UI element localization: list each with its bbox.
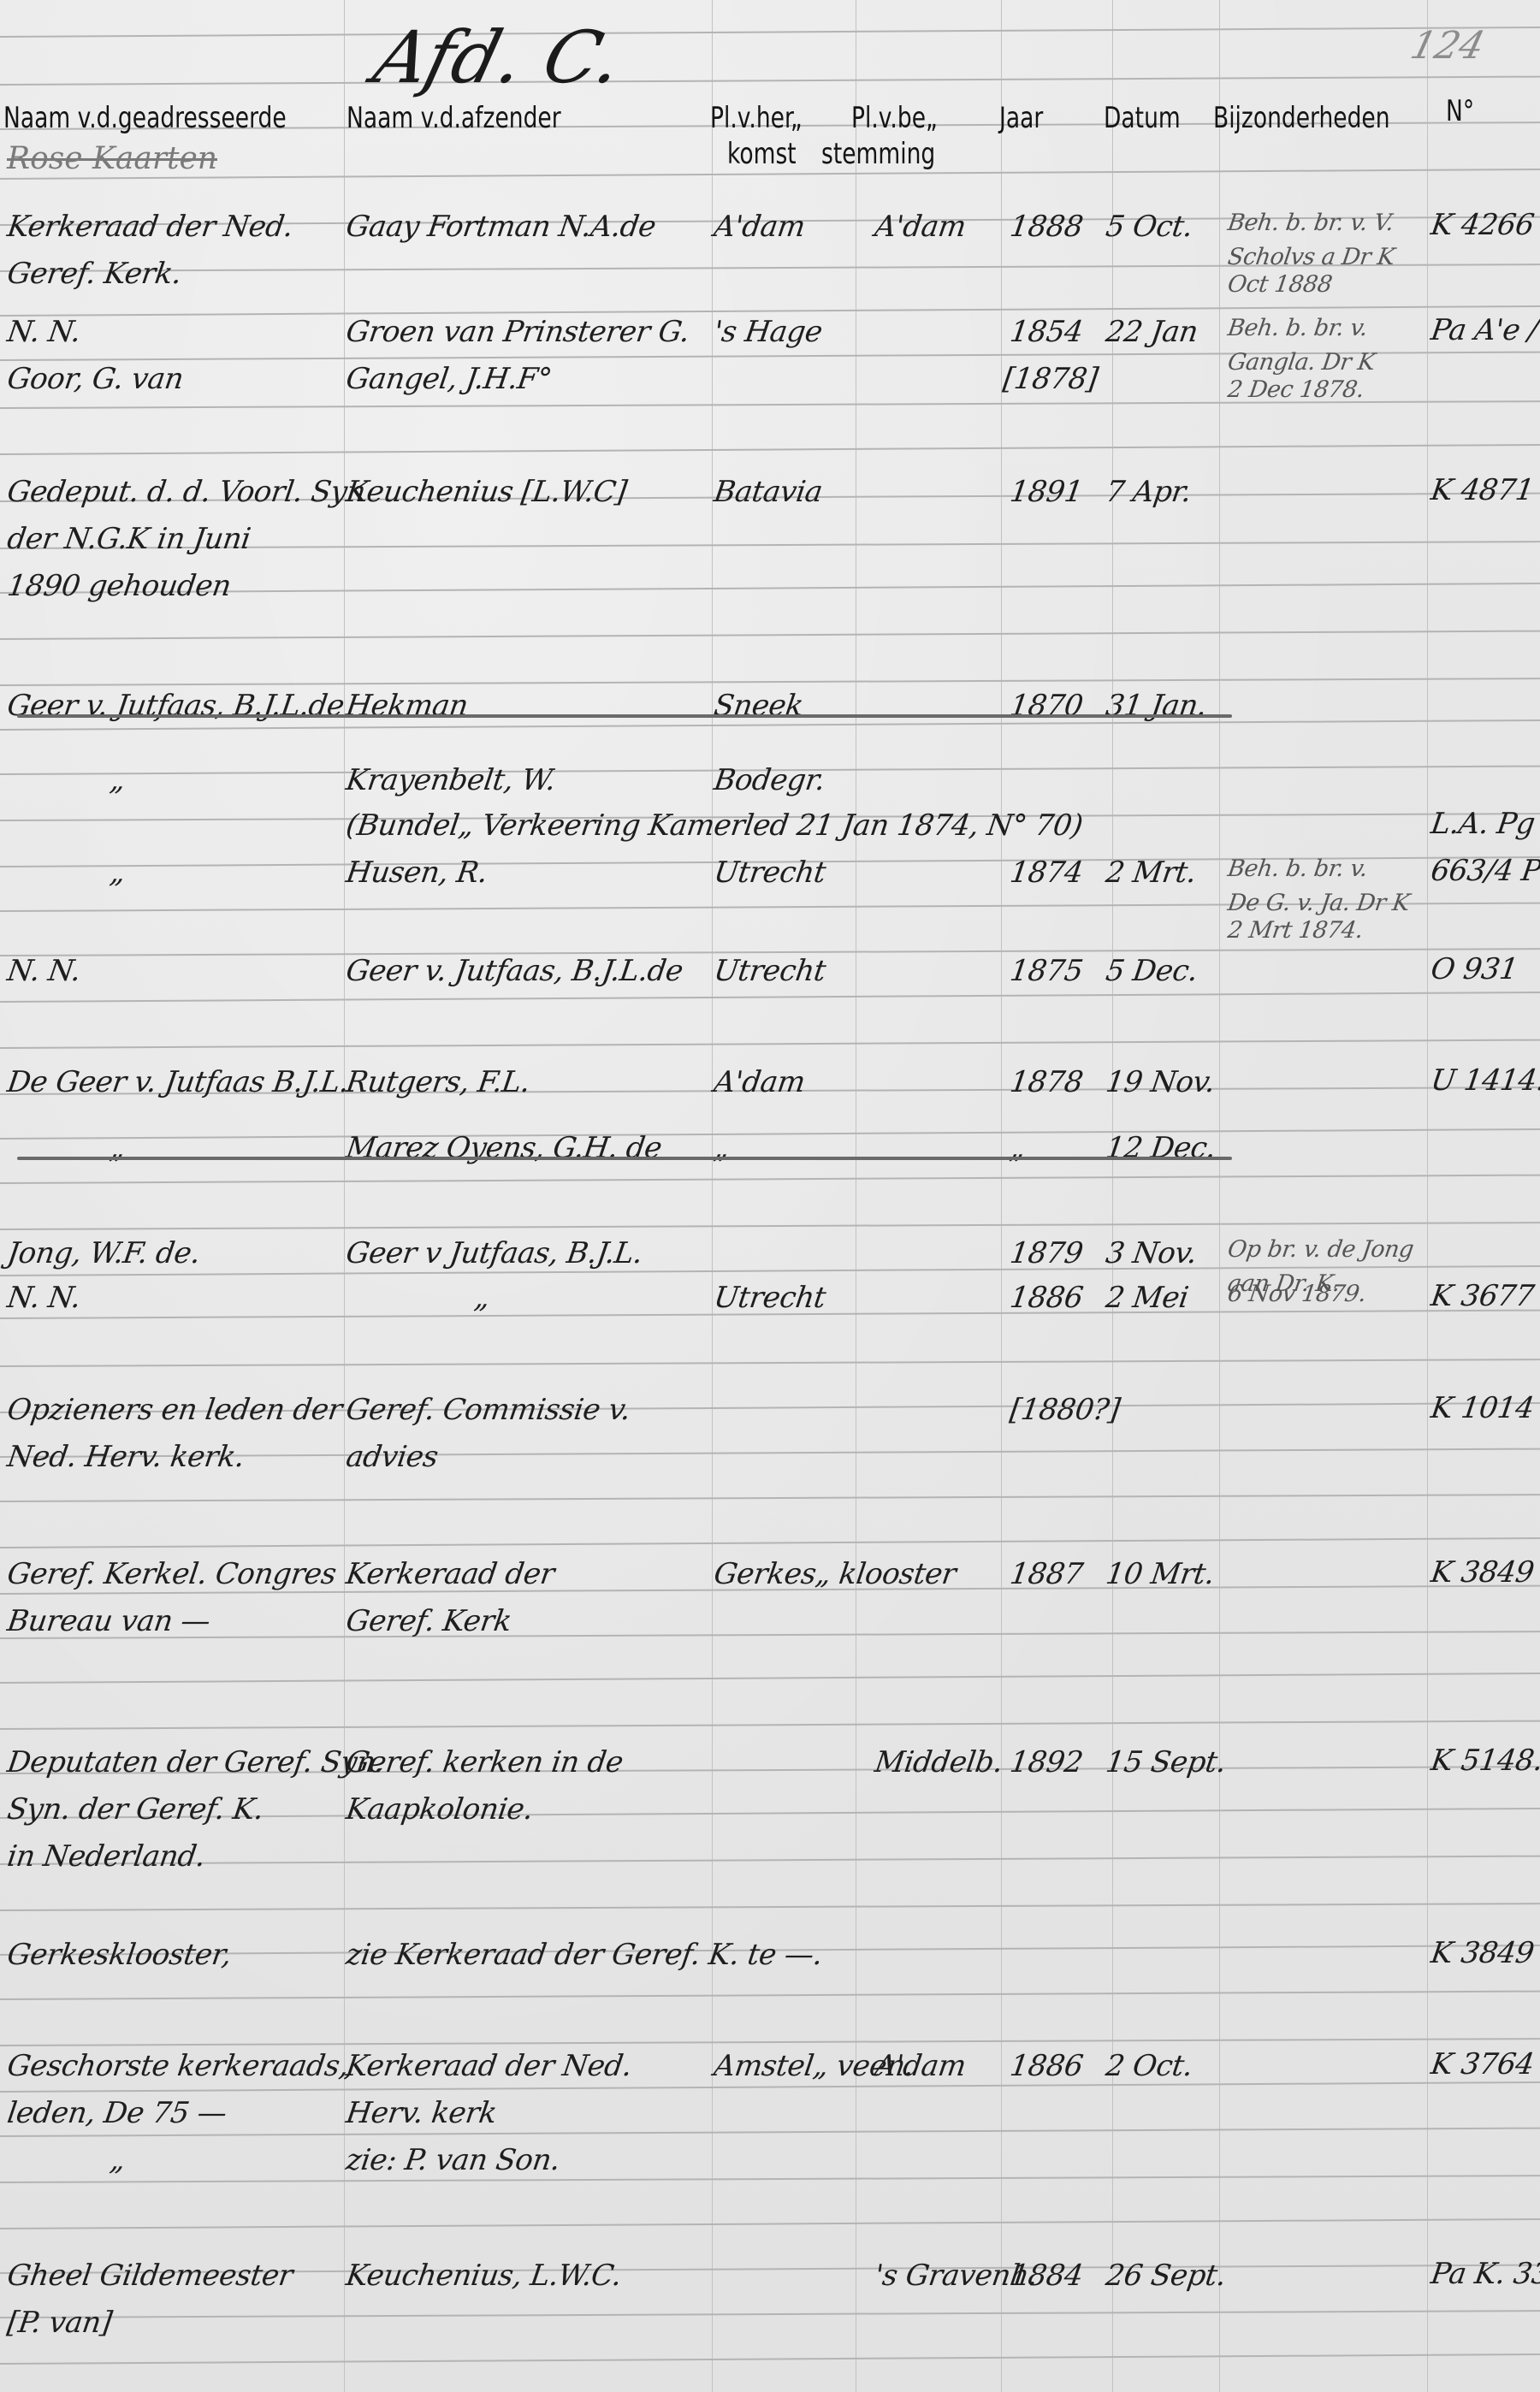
cell-geadresseerde: Geref. Kerk.: [5, 257, 184, 291]
cell-herkomst: „: [712, 1131, 731, 1165]
cell-nummer: K 3849: [1429, 1936, 1536, 1970]
cell-geadresseerde: Ned. Herv. kerk.: [5, 1440, 246, 1474]
cell-bijzonderheden: De G. v. Ja. Dr K: [1226, 890, 1411, 916]
ruled-line: [0, 1359, 1540, 1367]
ruled-line: [0, 1856, 1540, 1865]
cell-bijzonderheden: 2 Mrt 1874.: [1226, 917, 1365, 944]
cell-herkomst: Batavia: [712, 475, 825, 509]
cell-datum: 31 Jan.: [1104, 689, 1209, 723]
cell-geadresseerde: „: [108, 1131, 127, 1165]
column-header-jaar: Jaar: [999, 101, 1043, 135]
ruled-line: [0, 2354, 1540, 2365]
cell-herkomst: A'dam: [712, 1065, 807, 1099]
strike-through-line: [17, 1157, 1232, 1160]
cell-herkomst: Gerkes„ klooster: [712, 1557, 958, 1591]
cell-nummer: K 4871: [1429, 473, 1536, 507]
cell-geadresseerde: Gheel Gildemeester: [5, 2259, 294, 2293]
ruled-line: [0, 2310, 1540, 2318]
cell-afzender: Herv. kerk: [344, 2096, 499, 2130]
ruled-line: [0, 1039, 1540, 1049]
column-rule: [712, 0, 713, 2392]
cell-geadresseerde: „: [108, 856, 127, 890]
column-rule: [1001, 0, 1002, 2392]
cell-bestemming: Middelb.: [873, 1745, 1004, 1779]
cell-bijzonderheden: Gangla. Dr K: [1226, 349, 1377, 376]
cell-jaar: 1887: [1008, 1557, 1085, 1591]
cell-afzender: zie Kerkeraad der Geref. K. te —.: [344, 1938, 825, 1972]
cell-nummer: K 3764: [1429, 2047, 1536, 2081]
cell-bijzonderheden: Oct 1888: [1226, 271, 1334, 298]
cell-datum: 19 Nov.: [1104, 1065, 1217, 1099]
ruled-line: [0, 1175, 1540, 1184]
cell-datum: 5 Oct.: [1104, 210, 1194, 244]
cell-bestemming: A'dam: [873, 210, 968, 244]
ruled-line: [0, 678, 1540, 686]
cell-nummer: 663/4 P: [1429, 854, 1540, 888]
cell-jaar-extra: [1878]: [1001, 362, 1100, 396]
cell-geadresseerde: leden, De 75 —: [5, 2096, 228, 2130]
cell-afzender: Keuchenius [L.W.C]: [344, 475, 629, 509]
cell-nummer: K 3677: [1429, 1279, 1536, 1313]
ruled-line: [0, 1494, 1540, 1502]
cell-afzender: Groen van Prinsterer G.: [344, 315, 691, 349]
ruled-line: [0, 2175, 1540, 2183]
cell-afzender: Geer v. Jutfaas, B.J.L.de: [344, 954, 685, 988]
page-title: Afd. C.: [366, 15, 631, 99]
cell-datum: 2 Oct.: [1104, 2049, 1194, 2083]
cell-geadresseerde: Deputaten der Geref. Syn.: [5, 1745, 386, 1779]
cell-geadresseerde: De Geer v. Jutfaas B.J.L.: [5, 1065, 351, 1099]
column-header-bestemming: Pl.v.be„: [851, 101, 938, 135]
cell-jaar: 1875: [1008, 954, 1085, 988]
cell-afzender: Geer v Jutfaas, B.J.L.: [344, 1236, 644, 1270]
page-number: 124: [1407, 24, 1490, 68]
ruled-line: [0, 992, 1540, 1003]
cell-geadresseerde: „: [108, 2143, 127, 2177]
cell-datum: 15 Sept.: [1104, 1745, 1228, 1779]
cell-geadresseerde: N. N.: [5, 1281, 83, 1315]
cell-geadresseerde: Geref. Kerkel. Congres: [5, 1557, 338, 1591]
column-header-geadresseerde: Naam v.d.geadresseerde: [3, 101, 287, 135]
column-subheader-bestemming: stemming: [821, 137, 935, 171]
column-header-afzender: Naam v.d.afzender: [346, 101, 561, 135]
cell-herkomst: 's Hage: [712, 315, 825, 349]
cell-datum: 10 Mrt.: [1104, 1557, 1217, 1591]
ruled-line: [0, 1222, 1540, 1230]
ruled-line: [0, 1537, 1540, 1548]
cell-jaar: 1879: [1008, 1236, 1085, 1270]
ruled-line: [0, 2218, 1540, 2229]
cell-datum: 3 Nov.: [1104, 1236, 1199, 1270]
cell-geadresseerde: Goor, G. van: [5, 362, 186, 396]
ruled-line: [0, 583, 1540, 594]
cell-herkomst: Utrecht: [712, 954, 827, 988]
crossed-out-annotation: Rose Kaarten: [7, 141, 217, 176]
cell-bijzonderheden: 2 Dec 1878.: [1226, 376, 1365, 403]
cell-bijzonderheden: 6 Nov 1879.: [1226, 1281, 1368, 1307]
cell-afzender: Kerkeraad der Ned.: [344, 2049, 634, 2083]
cell-afzender: Keuchenius, L.W.C.: [344, 2259, 624, 2293]
cell-geadresseerde: N. N.: [5, 315, 83, 349]
cell-herkomst: A'dam: [712, 210, 807, 244]
cell-bijzonderheden: Op br. v. de Jong: [1226, 1236, 1415, 1263]
cell-geadresseerde: Geer v. Jutfaas, B.J.L.de: [5, 689, 346, 723]
cell-afzender: Gaay Fortman N.A.de: [344, 210, 658, 244]
cell-bijzonderheden: Beh. b. br. v. V.: [1226, 210, 1395, 236]
strike-through-line: [17, 714, 1232, 718]
cell-geadresseerde: N. N.: [5, 954, 83, 988]
cell-afzender: Rutgers, F.L.: [344, 1065, 532, 1099]
cell-geadresseerde: in Nederland.: [5, 1839, 207, 1874]
cell-jaar: 1878: [1008, 1065, 1085, 1099]
cell-datum: 5 Dec.: [1104, 954, 1199, 988]
cell-geadresseerde: „: [108, 763, 127, 797]
column-rule: [1427, 0, 1428, 2392]
cell-jaar: „: [1008, 1131, 1028, 1165]
cell-afzender: Marez Oyens, G.H. de: [344, 1131, 664, 1165]
cell-afzender: Geref. Kerk: [344, 1604, 513, 1638]
cell-datum: 7 Apr.: [1104, 475, 1193, 509]
cell-bestemming: A'dam: [873, 2049, 968, 2083]
cell-bijzonderheden: Beh. b. br. v.: [1226, 856, 1369, 882]
ruled-line: [0, 444, 1540, 455]
column-header-nummer: N°: [1446, 94, 1474, 128]
ruled-line: [0, 1720, 1540, 1730]
cell-jaar: 1886: [1008, 1281, 1085, 1315]
cell-nummer: L.A. Pg: [1429, 807, 1537, 841]
cell-geadresseerde: Jong, W.F. de.: [5, 1236, 202, 1270]
column-rule: [1219, 0, 1220, 2392]
cell-nummer: K 1014: [1429, 1391, 1536, 1425]
cell-jaar: 1874: [1008, 856, 1085, 890]
cell-afzender: Husen, R.: [344, 856, 489, 890]
cell-nummer: K 3849: [1429, 1555, 1536, 1590]
cell-herkomst: Sneek: [712, 689, 805, 723]
ruled-line: [0, 1673, 1540, 1684]
cell-jaar: 1854: [1008, 315, 1085, 349]
cell-afzender: Kerkeraad der: [344, 1557, 556, 1591]
cell-geadresseerde: der N.G.K in Juni: [5, 522, 252, 556]
cell-geadresseerde: Syn. der Geref. K.: [5, 1792, 265, 1827]
cell-datum: 22 Jan: [1104, 315, 1199, 349]
cell-geadresseerde: Kerkeraad der Ned.: [5, 210, 295, 244]
cell-nummer: K 4266: [1429, 208, 1536, 242]
cell-afzender: Geref. Commissie v.: [344, 1393, 632, 1427]
cell-herkomst: Utrecht: [712, 856, 827, 890]
cell-nummer: K 5148.: [1429, 1744, 1540, 1778]
cell-afzender: Krayenbelt, W.: [344, 763, 558, 797]
cell-afzender: Gangel, J.H.F°: [344, 362, 554, 396]
cell-jaar: 1886: [1008, 2049, 1085, 2083]
cell-geadresseerde: [P. van]: [5, 2306, 114, 2340]
cell-datum: 2 Mei: [1104, 1281, 1190, 1315]
ruled-line: [0, 1903, 1540, 1911]
ruled-line: [0, 1631, 1540, 1639]
cell-afzender: advies: [344, 1440, 440, 1474]
cell-afzender: Geref. kerken in de: [344, 1745, 625, 1779]
cell-afzender: (Bundel„ Verkeering Kamerled 21 Jan 1874…: [344, 808, 1085, 843]
ruled-line: [0, 1991, 1540, 2000]
ruled-line: [0, 1128, 1540, 1140]
cell-datum: 2 Mrt.: [1104, 856, 1199, 890]
cell-afzender: Hekman: [344, 689, 470, 723]
cell-nummer: Pa A'e / D 1425: [1429, 313, 1540, 347]
cell-jaar: 1891: [1008, 475, 1085, 509]
cell-afzender: zie: P. van Son.: [344, 2143, 562, 2177]
cell-jaar: 1870: [1008, 689, 1085, 723]
cell-jaar: [1880?]: [1008, 1393, 1122, 1427]
ruled-line: [0, 2128, 1540, 2137]
cell-nummer: O 931: [1429, 952, 1520, 986]
cell-geadresseerde: Gerkesklooster,: [5, 1938, 234, 1972]
cell-jaar: 1888: [1008, 210, 1085, 244]
cell-bijzonderheden: Scholvs a Dr K: [1226, 244, 1396, 270]
archive-index-card: Afd. C. 124 Naam v.d.geadresseerde Naam …: [0, 0, 1540, 2392]
cell-afzender: Kaapkolonie.: [344, 1792, 535, 1827]
column-header-datum: Datum: [1104, 101, 1181, 135]
cell-jaar: 1892: [1008, 1745, 1085, 1779]
cell-herkomst: Bodegr.: [712, 763, 827, 797]
cell-bijzonderheden: Beh. b. br. v.: [1226, 315, 1369, 341]
ruled-line: [0, 631, 1540, 640]
ruled-line: [0, 76, 1540, 86]
cell-geadresseerde: Gedeput. d. d. Voorl. Syn: [5, 475, 368, 509]
cell-afzender: „: [472, 1281, 492, 1315]
cell-jaar: 1884: [1008, 2259, 1085, 2293]
column-header-bijzonderheden: Bijzonderheden: [1213, 101, 1390, 135]
cell-geadresseerde: Geschorste kerkeraads„: [5, 2049, 356, 2083]
cell-herkomst: Utrecht: [712, 1281, 827, 1315]
cell-nummer: Pa K. 3362: [1429, 2257, 1540, 2291]
cell-datum: 26 Sept.: [1104, 2259, 1228, 2293]
cell-geadresseerde: Opzieners en leden der: [5, 1393, 344, 1427]
ruled-line: [0, 27, 1540, 38]
column-rule: [856, 0, 856, 2392]
cell-nummer: U 1414.: [1429, 1063, 1540, 1098]
column-subheader-herkomst: komst: [727, 137, 797, 171]
column-rule: [1112, 0, 1113, 2392]
cell-datum: 12 Dec.: [1104, 1131, 1217, 1165]
column-header-herkomst: Pl.v.her„: [710, 101, 803, 135]
cell-geadresseerde: 1890 gehouden: [5, 569, 233, 603]
ruled-line: [0, 2038, 1540, 2046]
cell-geadresseerde: Bureau van —: [5, 1604, 212, 1638]
